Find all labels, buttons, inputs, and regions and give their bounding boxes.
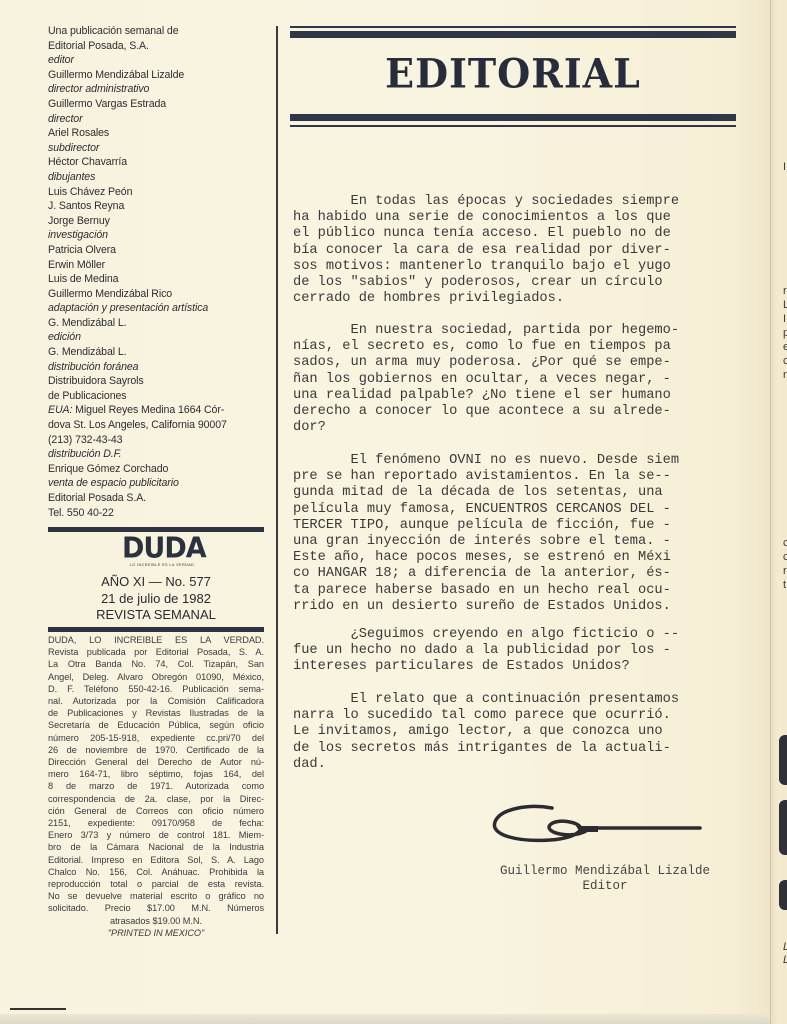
legal-line: 2151, expediente: 09170/958 de fecha:: [48, 817, 264, 829]
credit-role: distribución D.F.: [48, 447, 266, 462]
credit-name: Erwin Möller: [48, 258, 266, 273]
legal-line: 26 de noviembre de 1970. Certificado de …: [48, 744, 264, 756]
signature-block: Guillermo Mendizábal Lizalde Editor: [450, 864, 760, 894]
credit-role: dibujantes: [48, 170, 266, 185]
credit-role: investigación: [48, 228, 266, 243]
editorial-paragraph-3: El fenómeno OVNI no es nuevo. Desde siem…: [293, 453, 738, 615]
legal-line: D. F. Teléfono 550-42-16. Publicación se…: [48, 683, 264, 695]
column-divider: [276, 26, 278, 934]
credit-role: subdirector: [48, 141, 266, 156]
page-edge-shadow: [0, 1014, 770, 1024]
credit-name: Distribuidora Sayrols: [48, 374, 266, 389]
credit-name: G. Mendizábal L.: [48, 316, 266, 331]
credit-role: distribución foránea: [48, 360, 266, 375]
legal-notice: DUDA, LO INCREIBLE ES LA VERDAD.Revista …: [48, 634, 264, 939]
title-rule-thick-top: [290, 31, 736, 38]
credit-name: Luis Chávez Peón: [48, 185, 266, 200]
logo-word: DUDA: [122, 534, 202, 563]
issue-number: AÑO XI — No. 577: [48, 574, 264, 591]
issue-type: REVISTA SEMANAL: [48, 607, 264, 624]
credit-role: adaptación y presentación artística: [48, 301, 266, 316]
legal-line: número 205-15-918, expediente cc.pri/70 …: [48, 732, 264, 744]
issue-info: AÑO XI — No. 577 21 de julio de 1982 REV…: [48, 574, 264, 624]
credit-role: editor: [48, 53, 266, 68]
printed-in-mexico: "PRINTED IN MEXICO": [48, 927, 264, 939]
legal-line: Revista publicada por Editorial Posada, …: [48, 646, 264, 658]
credit-role: director: [48, 112, 266, 127]
signer-name: Guillermo Mendizábal Lizalde: [450, 864, 760, 879]
credit-name: Guillermo Vargas Estrada: [48, 97, 266, 112]
legal-line: Chalco No. 156, Col. Anáhuac. Prohibida …: [48, 866, 264, 878]
legal-line: Editorial. Impreso en Editora Sol, S. A.…: [48, 854, 264, 866]
legal-line: Enero 3/73 y número de control 181. Miem…: [48, 829, 264, 841]
editorial-title: EDITORIAL: [290, 51, 736, 97]
credit-name: Jorge Bernuy: [48, 214, 266, 229]
credit-list: Una publicación semanal deEditorial Posa…: [48, 24, 266, 403]
illustration-fragment: [779, 800, 787, 855]
legal-line: DUDA, LO INCREIBLE ES LA VERDAD.: [48, 634, 264, 646]
eua-address-line-2: dova St. Los Angeles, California 90007: [48, 418, 266, 433]
legal-line: de Publicaciones y Revistas Ilustradas d…: [48, 707, 264, 719]
issue-date: 21 de julio de 1982: [48, 591, 264, 608]
legal-line: Secretaría de Educación Pública, según o…: [48, 719, 264, 731]
legal-line: nal. Autorizada por la Comisión Califica…: [48, 695, 264, 707]
signer-role: Editor: [450, 879, 760, 894]
back-issues-price: atrasados $19.00 M.N.: [48, 915, 264, 927]
title-rule-thin-bottom: [290, 125, 736, 127]
legal-line: 8 de marzo de 1971. Autorizada como: [48, 780, 264, 792]
crop-mark: [10, 1008, 66, 1010]
legal-line: No se devuelve material escrito o gráfic…: [48, 890, 264, 902]
credit-role: director administrativo: [48, 82, 266, 97]
legal-line: correspondencia de 2a. clase, por la Dir…: [48, 793, 264, 805]
illustration-fragment: [779, 880, 787, 910]
credit-name: Guillermo Mendizábal Rico: [48, 287, 266, 302]
legal-line: Dirección General del Derecho de Autor n…: [48, 756, 264, 768]
credit-name: Héctor Chavarría: [48, 155, 266, 170]
credit-list-2: distribución D.F.Enrique Gómez Corchadov…: [48, 447, 266, 520]
legal-line: solicitado. Precio $17.00 M.N. Números: [48, 902, 264, 914]
divider-rule: [48, 627, 264, 632]
adjacent-page-edge: I r L I p e c r c c r t L L: [770, 0, 787, 1024]
eua-phone: (213) 732-43-43: [48, 433, 266, 448]
eua-label: EUA:: [48, 404, 72, 416]
eua-address-line-1: EUA: Miguel Reyes Medina 1664 Cór-: [48, 403, 266, 418]
credit-name: Ariel Rosales: [48, 126, 266, 141]
credit-name: Tel. 550 40-22: [48, 506, 266, 521]
editorial-paragraph-5: El relato que a continuación presentamos…: [293, 692, 738, 773]
editorial-paragraph-2: En nuestra sociedad, partida por hegemo-…: [293, 323, 738, 436]
legal-line: Angel, Deleg. Alvaro Obregón 01090, Méxi…: [48, 671, 264, 683]
credit-name: Guillermo Mendizábal Lizalde: [48, 68, 266, 83]
magazine-page: Una publicación semanal deEditorial Posa…: [0, 0, 770, 1024]
title-rule-thin-top: [290, 26, 736, 28]
editorial-paragraph-1: En todas las épocas y sociedades siempre…: [293, 194, 738, 307]
legal-line: ción General de Correos con oficio númer…: [48, 805, 264, 817]
credit-name: de Publicaciones: [48, 389, 266, 404]
credit-role: venta de espacio publicitario: [48, 476, 266, 491]
credit-name: G. Mendizábal L.: [48, 345, 266, 360]
credit-role: edición: [48, 330, 266, 345]
masthead-credits: Una publicación semanal deEditorial Posa…: [48, 24, 266, 520]
legal-line: La Otra Banda No. 74, Col. Tizapán, San: [48, 658, 264, 670]
illustration-fragment: [779, 735, 787, 785]
credit-name: Editorial Posada S.A.: [48, 491, 266, 506]
credit-name: Patricia Olvera: [48, 243, 266, 258]
duda-logo: DUDA LO INCREIBLE ES LA VERDAD: [122, 535, 202, 568]
credit-name: Editorial Posada, S.A.: [48, 39, 266, 54]
editorial-paragraph-4: ¿Seguimos creyendo en algo ficticio o --…: [293, 627, 738, 676]
title-rule-thick-bottom: [290, 114, 736, 121]
credit-name: Una publicación semanal de: [48, 24, 266, 39]
credit-name: Enrique Gómez Corchado: [48, 462, 266, 477]
legal-line: bro de la Cámara Nacional de la Industri…: [48, 841, 264, 853]
legal-line: mero 164-71, libro séptimo, fojas 164, d…: [48, 768, 264, 780]
credit-name: Luis de Medina: [48, 272, 266, 287]
signature-icon: [490, 802, 706, 852]
legal-line: reproducción total o parcial de esta rev…: [48, 878, 264, 890]
credit-name: J. Santos Reyna: [48, 199, 266, 214]
